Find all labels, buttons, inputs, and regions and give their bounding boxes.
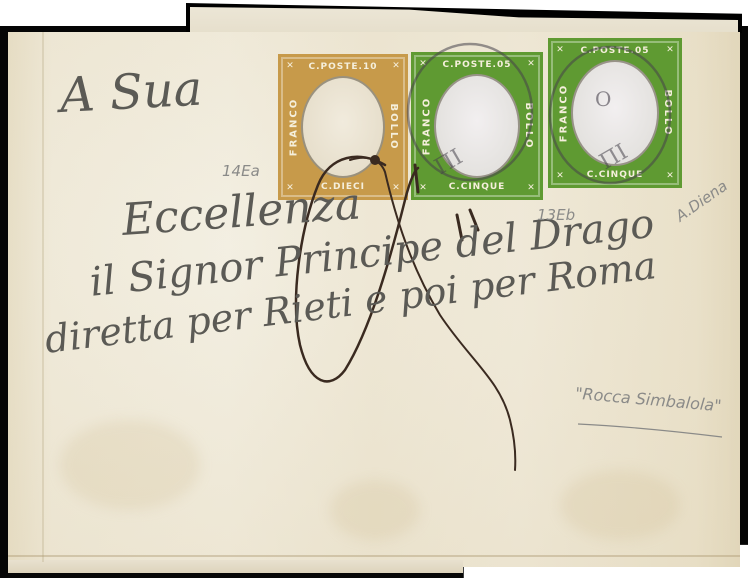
stamp-top-text: C.POSTE.05: [553, 46, 677, 56]
king-portrait-cameo: [301, 76, 385, 178]
paper-stain: [60, 420, 200, 510]
stamp-frame: ✕ ✕ ✕ ✕ C.POSTE.10 FRANCO BOLLO C.DIECI: [281, 57, 405, 197]
king-portrait-cameo: [571, 60, 659, 166]
bottom-fold-strip: [8, 560, 463, 578]
fold-line-horizontal: [8, 555, 740, 557]
stamp-10c-ochre: ✕ ✕ ✕ ✕ C.POSTE.10 FRANCO BOLLO C.DIECI: [278, 54, 408, 200]
pencil-note-catalog-14ea: 14Ea: [222, 162, 260, 180]
stamp-bottom-text: C.CINQUE: [553, 170, 677, 180]
stamp-left-text: FRANCO: [559, 84, 570, 142]
stamp-frame: ✕ ✕ ✕ ✕ C.POSTE.05 FRANCO BOLLO C.CINQUE: [551, 41, 679, 185]
stamp-right-text: BOLLO: [388, 103, 399, 150]
stamp-left-text: FRANCO: [289, 98, 300, 156]
stamp-bottom-text: C.CINQUE: [416, 182, 538, 192]
stamp-left-text: FRANCO: [422, 97, 433, 155]
fold-line-vertical: [42, 32, 44, 562]
stamp-top-text: C.POSTE.10: [283, 62, 403, 72]
paper-stain: [560, 470, 680, 540]
king-portrait-cameo: [434, 74, 520, 178]
pencil-note-catalog-13eb: 13Eb: [537, 206, 575, 224]
stamp-right-text: BOLLO: [523, 102, 534, 149]
stamp-top-text: C.POSTE.05: [416, 60, 538, 70]
paper-stain: [330, 480, 420, 540]
stamp-right-text: BOLLO: [662, 89, 673, 136]
stamp-5c-green-left: ✕ ✕ ✕ ✕ C.POSTE.05 FRANCO BOLLO C.CINQUE: [411, 52, 543, 200]
address-line-1: A Sua: [59, 61, 204, 124]
stamp-frame: ✕ ✕ ✕ ✕ C.POSTE.05 FRANCO BOLLO C.CINQUE: [414, 55, 540, 197]
stamp-5c-green-right: ✕ ✕ ✕ ✕ C.POSTE.05 FRANCO BOLLO C.CINQUE: [548, 38, 682, 188]
